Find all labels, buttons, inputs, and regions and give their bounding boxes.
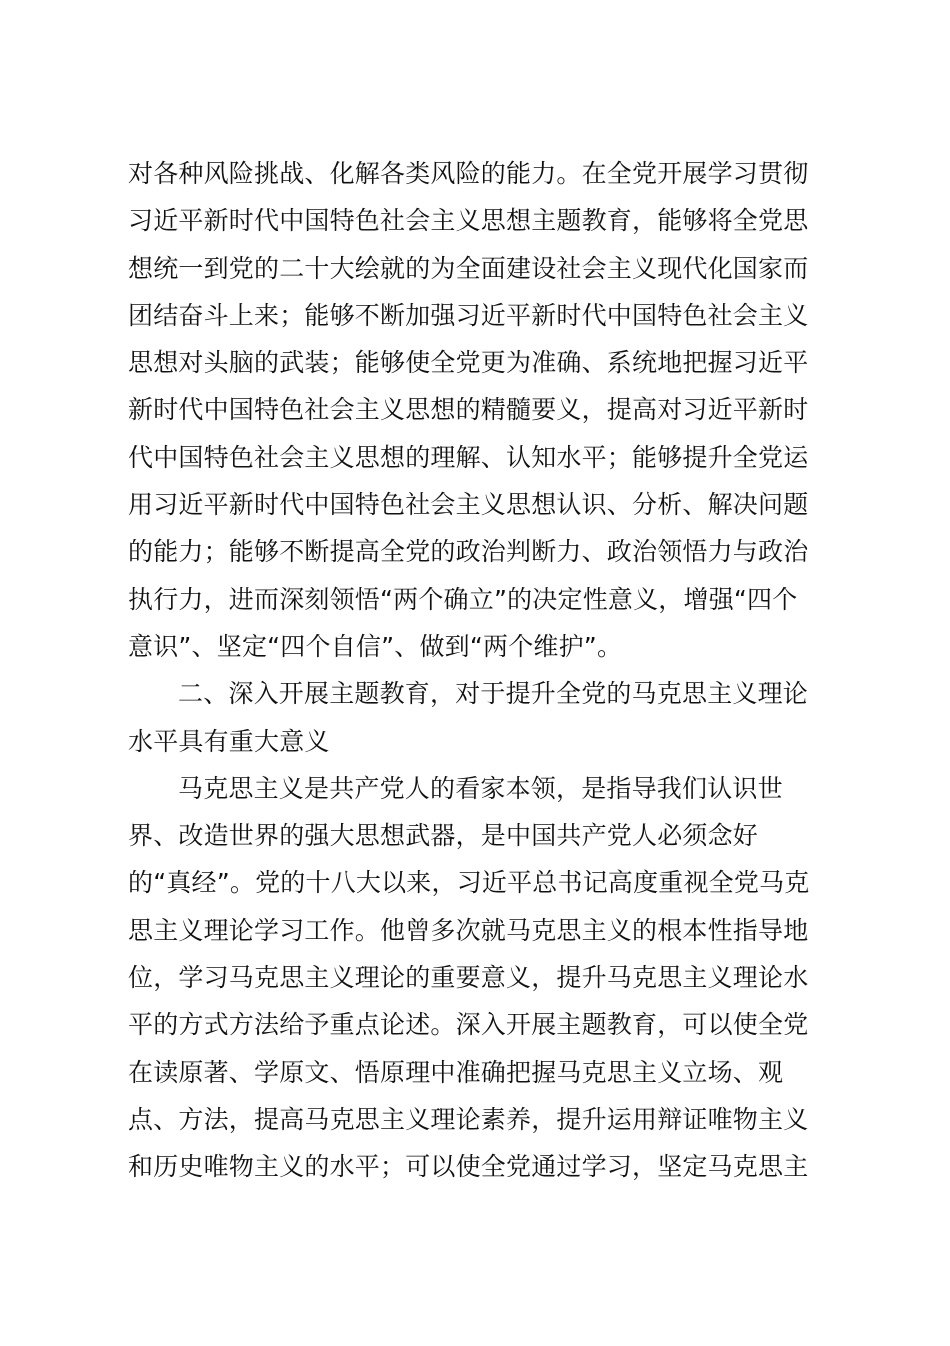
text-line: 的能力；能够不断提高全党的政治判断力、政治领悟力与政治 [128, 528, 828, 575]
text-line: 平的方式方法给予重点论述。深入开展主题教育，可以使全党 [128, 1001, 828, 1048]
text-line: 位，学习马克思主义理论的重要意义，提升马克思主义理论水 [128, 954, 828, 1001]
text-line: 执行力，进而深刻领悟“两个确立”的决定性意义，增强“四个 [128, 576, 828, 623]
section-heading: 二、深入开展主题教育，对于提升全党的马克思主义理论 [128, 670, 828, 717]
paragraph-start: 马克思主义是共产党人的看家本领，是指导我们认识世 [128, 765, 828, 812]
text-line: 界、改造世界的强大思想武器，是中国共产党人必须念好 [128, 812, 828, 859]
document-body: 对各种风险挑战、化解各类风险的能力。在全党开展学习贯彻 习近平新时代中国特色社会… [128, 150, 828, 1191]
text-line: 对各种风险挑战、化解各类风险的能力。在全党开展学习贯彻 [128, 150, 828, 197]
text-line: 点、方法，提高马克思主义理论素养，提升运用辩证唯物主义 [128, 1096, 828, 1143]
text-line: 团结奋斗上来；能够不断加强习近平新时代中国特色社会主义 [128, 292, 828, 339]
text-line: 想统一到党的二十大绘就的为全面建设社会主义现代化国家而 [128, 245, 828, 292]
document-page: 对各种风险挑战、化解各类风险的能力。在全党开展学习贯彻 习近平新时代中国特色社会… [0, 0, 950, 1346]
text-line: 在读原著、学原文、悟原理中准确把握马克思主义立场、观 [128, 1049, 828, 1096]
text-line: 的“真经”。党的十八大以来，习近平总书记高度重视全党马克 [128, 859, 828, 906]
text-line: 新时代中国特色社会主义思想的精髓要义，提高对习近平新时 [128, 386, 828, 433]
text-line: 思主义理论学习工作。他曾多次就马克思主义的根本性指导地 [128, 907, 828, 954]
text-line: 代中国特色社会主义思想的理解、认知水平；能够提升全党运 [128, 434, 828, 481]
text-line: 习近平新时代中国特色社会主义思想主题教育，能够将全党思 [128, 197, 828, 244]
section-heading-continued: 水平具有重大意义 [128, 718, 828, 765]
text-line: 思想对头脑的武装；能够使全党更为准确、系统地把握习近平 [128, 339, 828, 386]
text-line: 和历史唯物主义的水平；可以使全党通过学习，坚定马克思主 [128, 1143, 828, 1190]
text-line: 意识”、坚定“四个自信”、做到“两个维护”。 [128, 623, 828, 670]
text-line: 用习近平新时代中国特色社会主义思想认识、分析、解决问题 [128, 481, 828, 528]
